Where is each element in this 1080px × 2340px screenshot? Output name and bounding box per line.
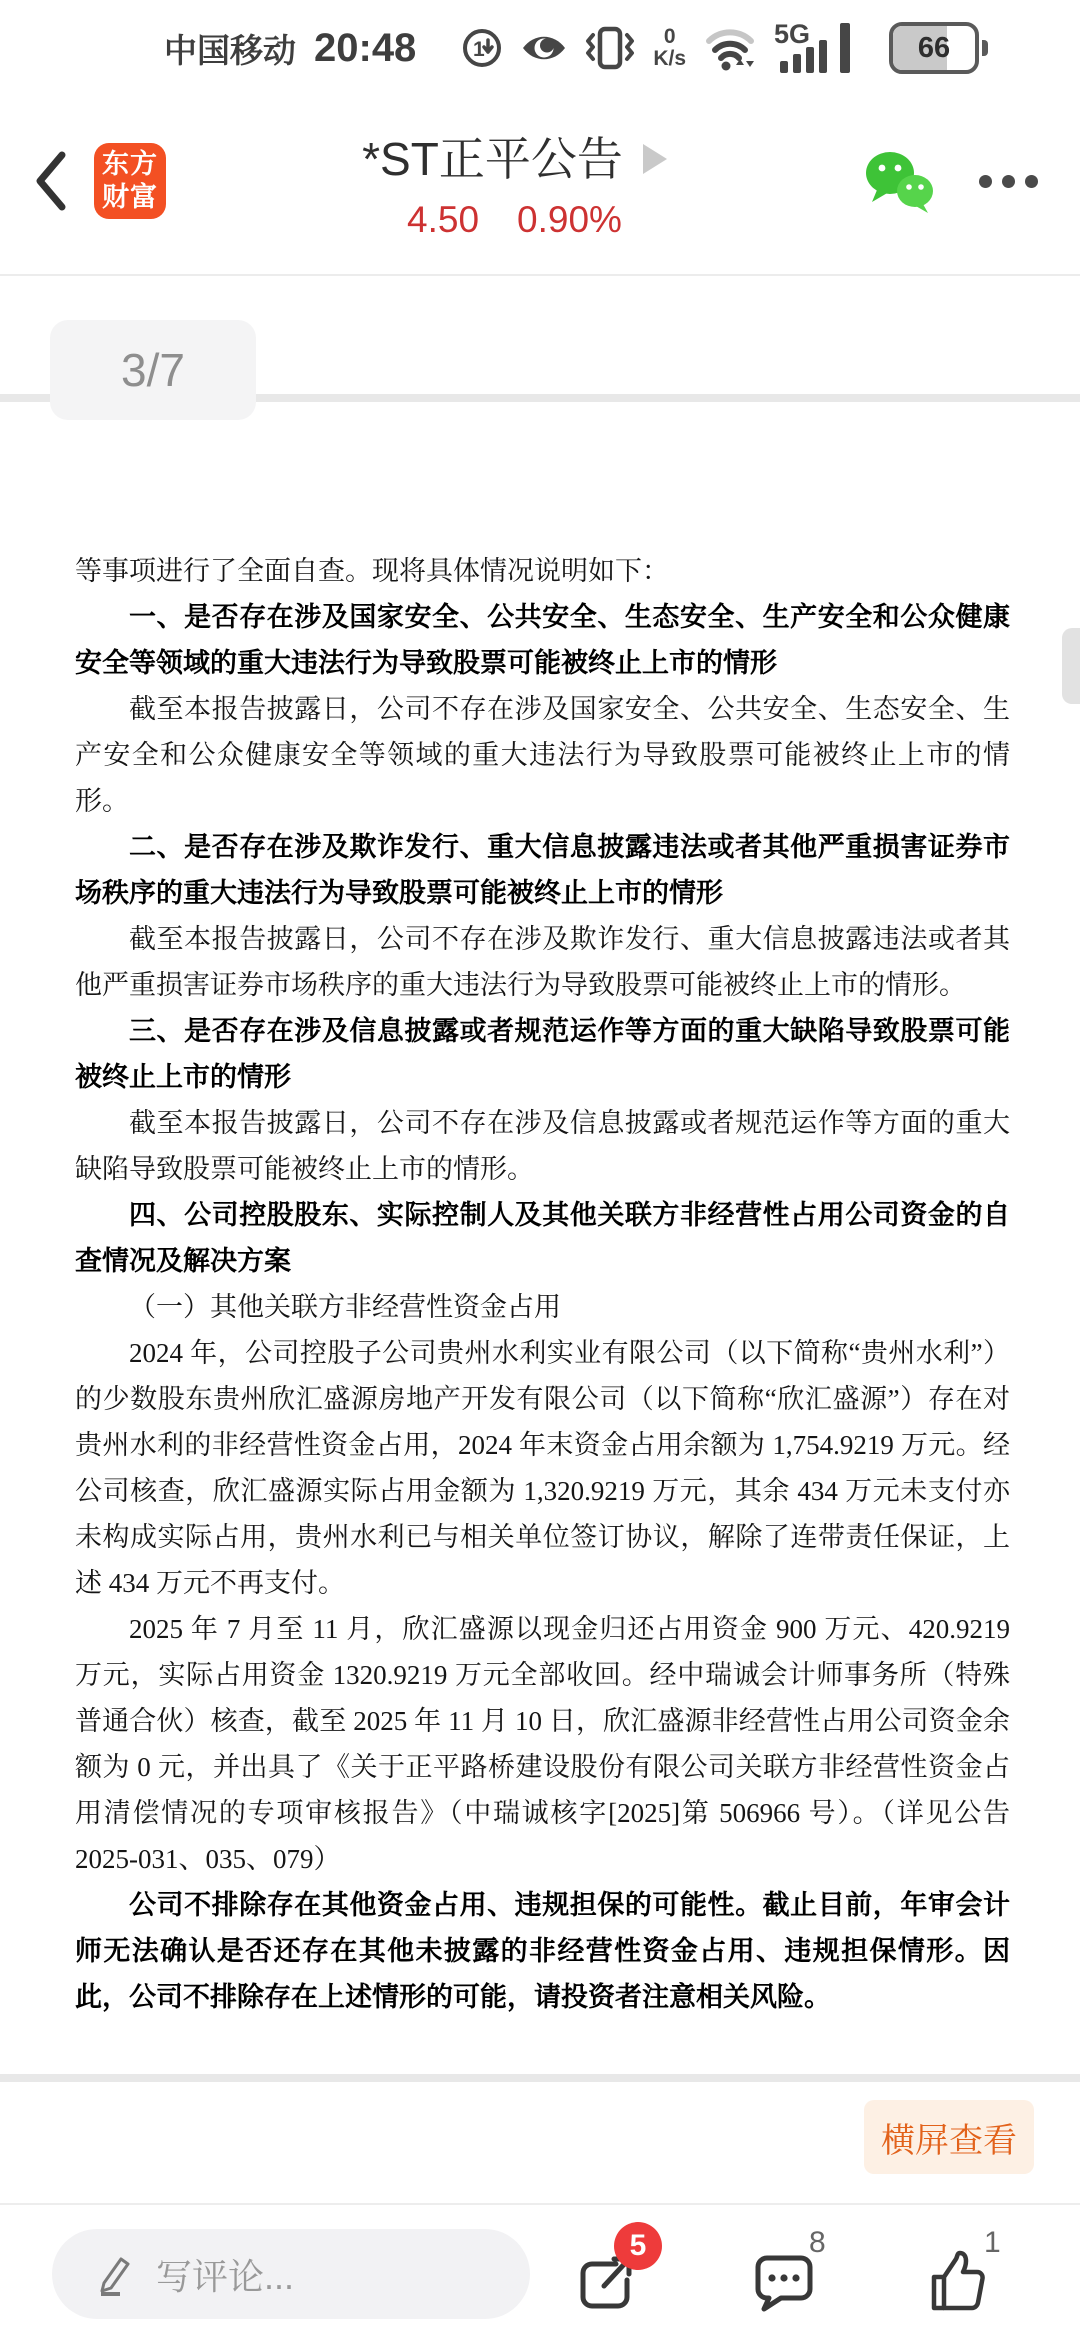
back-button[interactable] (26, 146, 74, 216)
more-button[interactable] (979, 175, 1038, 188)
doc-paragraph: 等事项进行了全面自查。现将具体情况说明如下： (75, 548, 1010, 594)
pencil-icon (94, 2252, 134, 2296)
network-speed-value: 0 (664, 26, 676, 48)
stock-price: 4.50 (407, 199, 479, 241)
eye-protection-icon (521, 31, 567, 65)
header: 东方 财富 *ST正平公告 4.50 0.90% (0, 88, 1080, 276)
landscape-view-button[interactable]: 横屏查看 (864, 2100, 1034, 2174)
status-time: 20:48 (314, 26, 416, 71)
stock-change-percent: 0.90% (517, 199, 622, 241)
doc-paragraph: （一）其他关联方非经营性资金占用 (75, 1284, 1010, 1330)
wechat-share-button[interactable] (863, 147, 935, 215)
screen: 中国移动 20:48 1 (0, 0, 1080, 2340)
svg-text:1: 1 (473, 38, 485, 61)
doc-paragraph: 公司不排除存在其他资金占用、违规担保的可能性。截止目前，年审会计师无法确认是否还… (75, 1882, 1010, 2020)
comment-button[interactable]: 8 (751, 2250, 815, 2314)
network-speed-unit: K/s (653, 48, 686, 70)
doc-paragraph: 2024 年，公司控股子公司贵州水利实业有限公司（以下简称“贵州水利”）的少数股… (75, 1330, 1010, 1606)
triangle-right-icon (643, 144, 667, 174)
price-row: 4.50 0.90% (407, 199, 622, 241)
stock-title-row[interactable]: *ST正平公告 (362, 123, 667, 189)
bottom-bar: 写评论... 5 8 1 (0, 2203, 1080, 2340)
doc-paragraph: 截至本报告披露日，公司不存在涉及信息披露或者规范运作等方面的重大缺陷导致股票可能… (75, 1100, 1010, 1192)
doc-paragraph: 四、公司控股股东、实际控制人及其他关联方非经营性占用公司资金的自查情况及解决方案 (75, 1192, 1010, 1284)
like-button[interactable]: 1 (926, 2250, 990, 2314)
vibrate-icon (584, 26, 636, 70)
doc-paragraph: 一、是否存在涉及国家安全、公共安全、生态安全、生产安全和公众健康安全等领域的重大… (75, 594, 1010, 686)
battery-icon: 66 (889, 22, 988, 74)
landscape-view-label: 横屏查看 (881, 2113, 1017, 2162)
doc-paragraph: 2025 年 7 月至 11 月，欣汇盛源以现金归还占用资金 900 万元、42… (75, 1606, 1010, 1882)
battery-percent: 66 (918, 32, 950, 65)
battery-nub (982, 40, 988, 56)
app-logo[interactable]: 东方 财富 (94, 143, 166, 219)
carrier-label: 中国移动 (164, 25, 296, 72)
header-left: 东方 财富 (26, 143, 166, 219)
doc-paragraph: 截至本报告披露日，公司不存在涉及欺诈发行、重大信息披露违法或者其他严重损害证券市… (75, 916, 1010, 1008)
scroll-handle[interactable] (1062, 628, 1080, 704)
chevron-left-icon (30, 149, 70, 213)
logo-line2: 财富 (102, 181, 158, 214)
header-center: *ST正平公告 4.50 0.90% (166, 123, 863, 241)
doc-paragraph: 二、是否存在涉及欺诈发行、重大信息披露违法或者其他严重损害证券市场秩序的重大违法… (75, 824, 1010, 916)
status-bar: 中国移动 20:48 1 (36, 0, 1080, 88)
page-title: *ST正平公告 (362, 123, 623, 189)
like-icon (926, 2250, 990, 2314)
page-indicator: 3/7 (50, 320, 256, 420)
wifi-icon (703, 25, 757, 71)
more-icon (979, 175, 992, 188)
comment-input[interactable]: 写评论... (52, 2229, 530, 2319)
document-body[interactable]: 等事项进行了全面自查。现将具体情况说明如下：一、是否存在涉及国家安全、公共安全、… (75, 548, 1010, 2020)
like-count: 1 (984, 2226, 1001, 2260)
header-right (863, 147, 1038, 215)
doc-paragraph: 三、是否存在涉及信息披露或者规范运作等方面的重大缺陷导致股票可能被终止上市的情形 (75, 1008, 1010, 1100)
share-badge: 5 (614, 2222, 662, 2270)
page-indicator-label: 3/7 (121, 343, 185, 397)
share-button[interactable]: 5 (574, 2250, 638, 2314)
wechat-icon (863, 147, 935, 215)
page-separator-bottom (0, 2074, 1080, 2082)
status-icons: 1 0 K/s (460, 21, 988, 75)
comment-icon (751, 2250, 815, 2314)
logo-line1: 东方 (102, 148, 158, 181)
data-saver-icon: 1 (460, 26, 504, 70)
comment-count: 8 (809, 2226, 826, 2260)
signal-5g-icon: 5G (774, 21, 872, 75)
doc-paragraph: 截至本报告披露日，公司不存在涉及国家安全、公共安全、生态安全、生产安全和公众健康… (75, 686, 1010, 824)
network-speed: 0 K/s (653, 26, 686, 70)
comment-placeholder: 写评论... (156, 2249, 294, 2300)
